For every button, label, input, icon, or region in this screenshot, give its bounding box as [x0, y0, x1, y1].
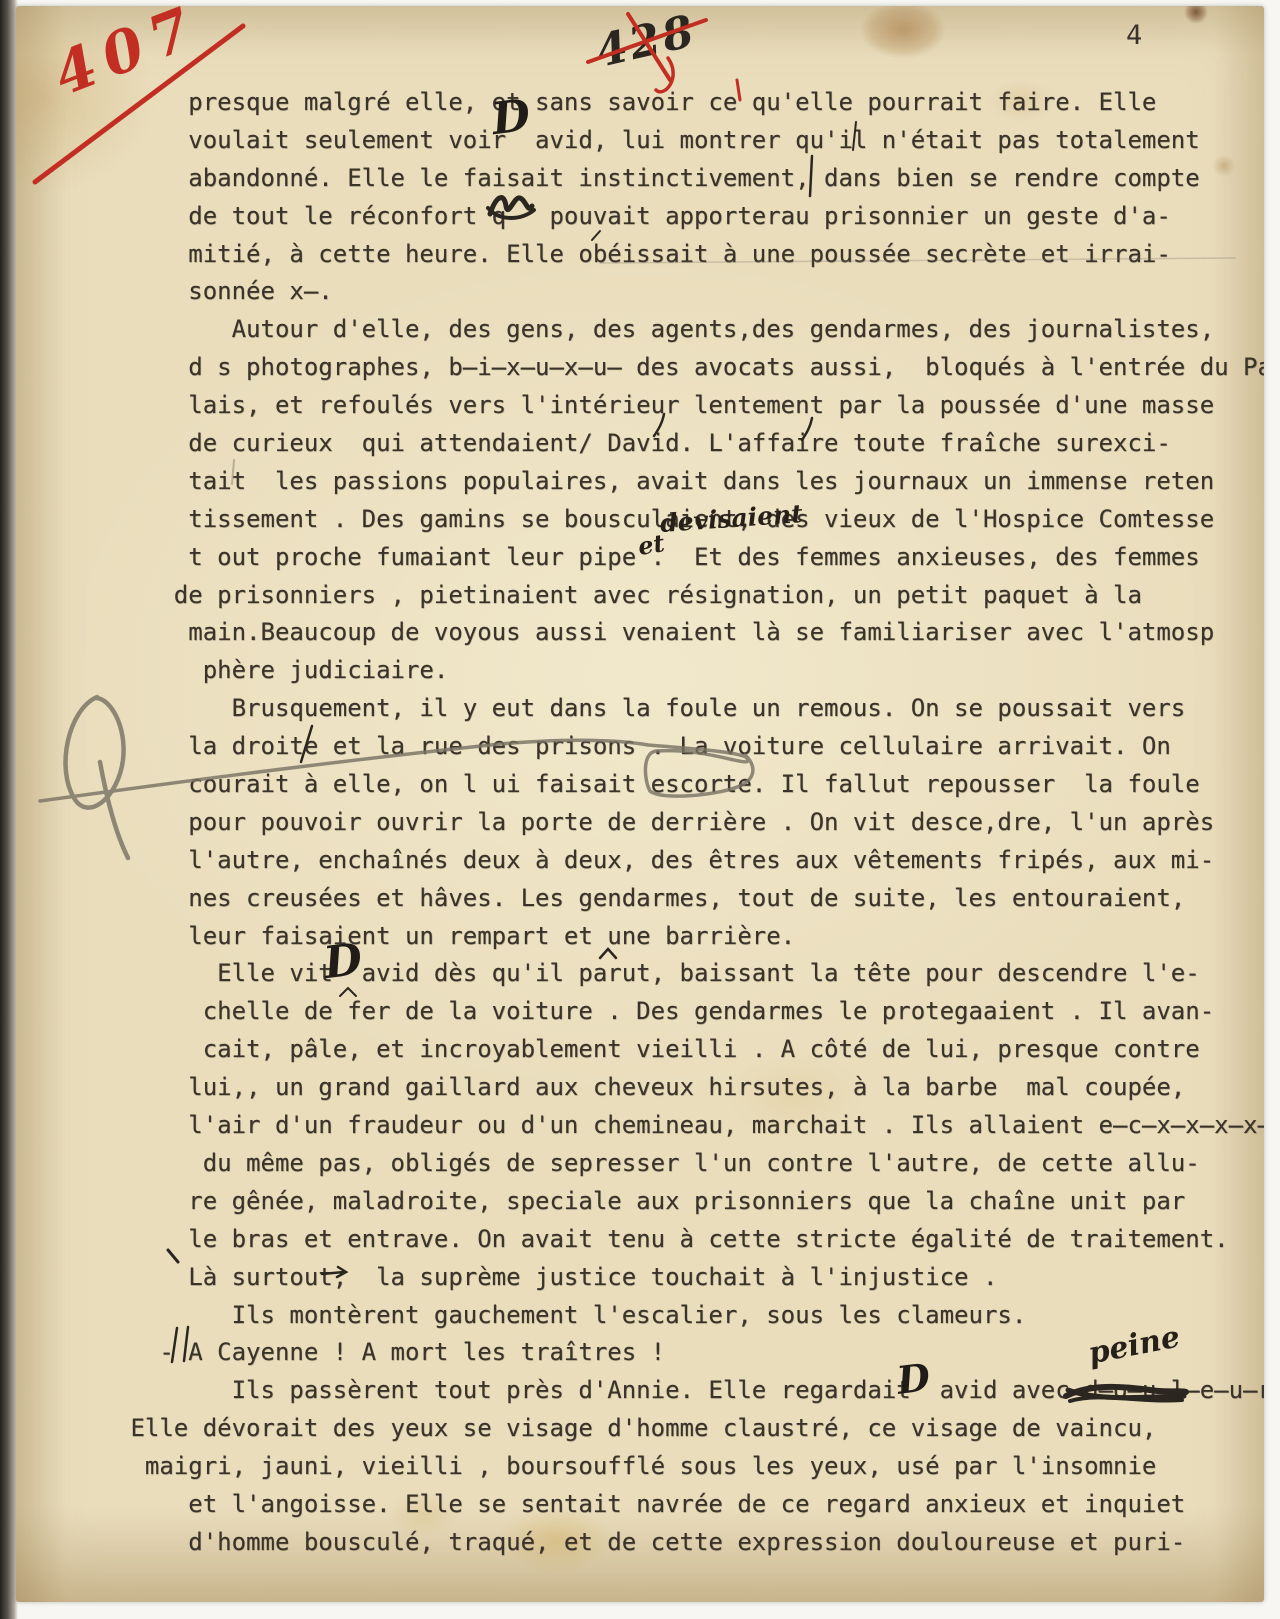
scanned-typescript-page: { "document": { "handwritten_top_left_nu…	[0, 0, 1280, 1619]
typed-line: et l'angoisse. Elle se sentait navrée de…	[116, 1486, 1264, 1524]
typed-line: tait les passions populaires, avait dans…	[116, 463, 1264, 501]
typed-line: du même pas, obligés de sepresser l'un c…	[116, 1145, 1264, 1183]
typed-line: Elle dévorait des yeux se visage d'homme…	[116, 1410, 1264, 1448]
typed-line: Ils passèrent tout près d'Annie. Elle re…	[116, 1372, 1264, 1410]
typed-line: d s photographes, b̶i̶x̶u̶x̶u̶ des avoca…	[116, 349, 1264, 387]
typed-line: main.Beaucoup de voyous aussi venaient l…	[116, 614, 1264, 652]
typed-line: leur faisaient un rempart et une barrièr…	[116, 918, 1264, 956]
typed-line: le bras et entrave. On avait tenu à cett…	[116, 1221, 1264, 1259]
typed-line: de tout le réconfort q pouvait apportera…	[116, 198, 1264, 236]
typed-line: l'autre, enchaînés deux à deux, des être…	[116, 842, 1264, 880]
typed-line: mitié, à cette heure. Elle obéissait à u…	[116, 236, 1264, 274]
typed-line: Là surtout, la suprème justice touchait …	[116, 1259, 1264, 1297]
typed-line: Autour d'elle, des gens, des agents,des …	[116, 311, 1264, 349]
typed-line: abandonné. Elle le faisait instinctiveme…	[116, 160, 1264, 198]
typed-line: voulait seulement voir avid, lui montrer…	[116, 122, 1264, 160]
typed-line: de prisonniers , pietinaient avec résign…	[116, 577, 1264, 615]
handwritten-capital-d: D	[321, 934, 365, 989]
typed-line: t out proche fumaiant leur pipe . Et des…	[116, 539, 1264, 577]
typed-line: pour pouvoir ouvrir la porte de derrière…	[116, 804, 1264, 842]
typed-line: re gênée, maladroite, speciale aux priso…	[116, 1183, 1264, 1221]
paper-sheet: presque malgré elle, et sans savoir ce q…	[16, 6, 1264, 1602]
typed-line: Brusquement, il y eut dans la foule un r…	[116, 690, 1264, 728]
typed-line: Elle vit avid dès qu'il parut, baissant …	[116, 955, 1264, 993]
typed-line: phère judiciaire.	[116, 652, 1264, 690]
typed-page-number: 4	[1126, 20, 1142, 51]
typed-line: la droite et la rue des prisons . La voi…	[116, 728, 1264, 766]
typed-line: lui,, un grand gaillard aux cheveux hirs…	[116, 1069, 1264, 1107]
typed-line: nes creusées et hâves. Les gendarmes, to…	[116, 880, 1264, 918]
typed-line: cait, pâle, et incroyablement vieilli . …	[116, 1031, 1264, 1069]
typed-line: chelle de fer de la voiture . Des gendar…	[116, 993, 1264, 1031]
handwritten-capital-d: D	[894, 1354, 932, 1403]
typed-line: sonnée x̶.	[116, 273, 1264, 311]
typed-line: d'homme bousculé, traqué, et de cette ex…	[116, 1524, 1264, 1562]
typed-line: de curieux qui attendaient/ David. L'aff…	[116, 425, 1264, 463]
typed-line: courait à elle, on l ui faisait escorte.…	[116, 766, 1264, 804]
typed-line: presque malgré elle, et sans savoir ce q…	[116, 84, 1264, 122]
typed-line: lais, et refoulés vers l'intérieur lente…	[116, 387, 1264, 425]
handwritten-capital-d: D	[489, 90, 533, 145]
typed-line: Ils montèrent gauchement l'escalier, sou…	[116, 1297, 1264, 1335]
typed-line: l'air d'un fraudeur ou d'un chemineau, m…	[116, 1107, 1264, 1145]
typed-line: maigri, jauni, vieilli , boursoufflé sou…	[116, 1448, 1264, 1486]
